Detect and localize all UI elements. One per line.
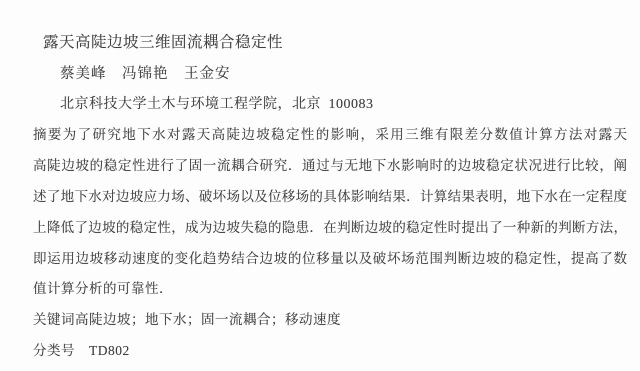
abstract-line-6: 值计算分析的可靠性． [33, 274, 627, 305]
abstract-line-4: 上降低了边坡的稳定性，成为边坡失稳的隐患．在判断边坡的稳定性时提出了一种新的判断… [33, 213, 627, 244]
abstract-line-5: 即运用边坡移动速度的变化趋势结合边坡的位移量以及破坏场范围判断边坡的稳定性，提高… [33, 244, 627, 275]
classification-line: 分类号 TD802 [33, 336, 627, 367]
abstract-line-3: 述了地下水对边坡应力场、破坏场以及位移场的具体影响结果．计算结果表明，地下水在一… [33, 182, 627, 213]
document-page: 露天高陡边坡三维固流耦合稳定性 蔡美峰 冯锦艳 王金安 北京科技大学土木与环境工… [0, 0, 640, 371]
paper-title: 露天高陡边坡三维固流耦合稳定性 [33, 28, 627, 59]
affiliation-line: 北京科技大学土木与环境工程学院，北京 100083 [33, 90, 627, 121]
abstract-line-1: 摘要为了研究地下水对露天高陡边坡稳定性的影响，采用三维有限差分数值计算方法对露天 [33, 120, 627, 151]
keywords-line: 关键词高陡边坡；地下水；固一流耦合；移动速度 [33, 305, 627, 336]
authors-line: 蔡美峰 冯锦艳 王金安 [33, 59, 627, 90]
abstract-line-2: 高陡边坡的稳定性进行了固一流耦合研究．通过与无地下水影响时的边坡稳定状况进行比较… [33, 151, 627, 182]
